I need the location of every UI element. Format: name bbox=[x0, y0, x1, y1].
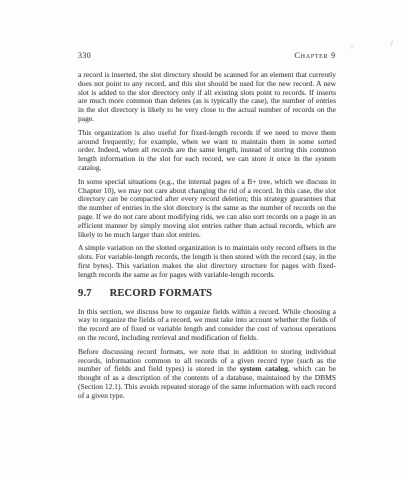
scanned-book-page: 330 Chapter 9 a record is inserted, the … bbox=[0, 0, 408, 480]
section-heading: 9.7 RECORD FORMATS bbox=[78, 288, 336, 300]
body-paragraph: This organization is also useful for fix… bbox=[78, 129, 336, 173]
page-number: 330 bbox=[78, 51, 91, 60]
page-body-text: a record is inserted, the slot directory… bbox=[78, 71, 336, 406]
section-number: 9.7 bbox=[78, 288, 92, 299]
body-paragraph: In some special situations (e.g., the in… bbox=[78, 178, 336, 240]
page-header: 330 Chapter 9 bbox=[78, 50, 336, 60]
section-title: RECORD FORMATS bbox=[110, 288, 213, 299]
chapter-running-header: Chapter 9 bbox=[294, 50, 336, 60]
bold-term-system-catalog: system catalog bbox=[240, 364, 288, 373]
body-paragraph: In this section, we discuss how to organ… bbox=[78, 308, 336, 343]
body-paragraph: Before discussing record formats, we not… bbox=[78, 348, 336, 401]
scan-artifact-mark bbox=[390, 40, 394, 47]
body-paragraph: a record is inserted, the slot directory… bbox=[78, 71, 336, 124]
body-paragraph: A simple variation on the slotted organi… bbox=[78, 244, 336, 279]
scan-smudge-mark bbox=[350, 45, 353, 49]
screenshot-canvas: 330 Chapter 9 a record is inserted, the … bbox=[0, 0, 408, 480]
